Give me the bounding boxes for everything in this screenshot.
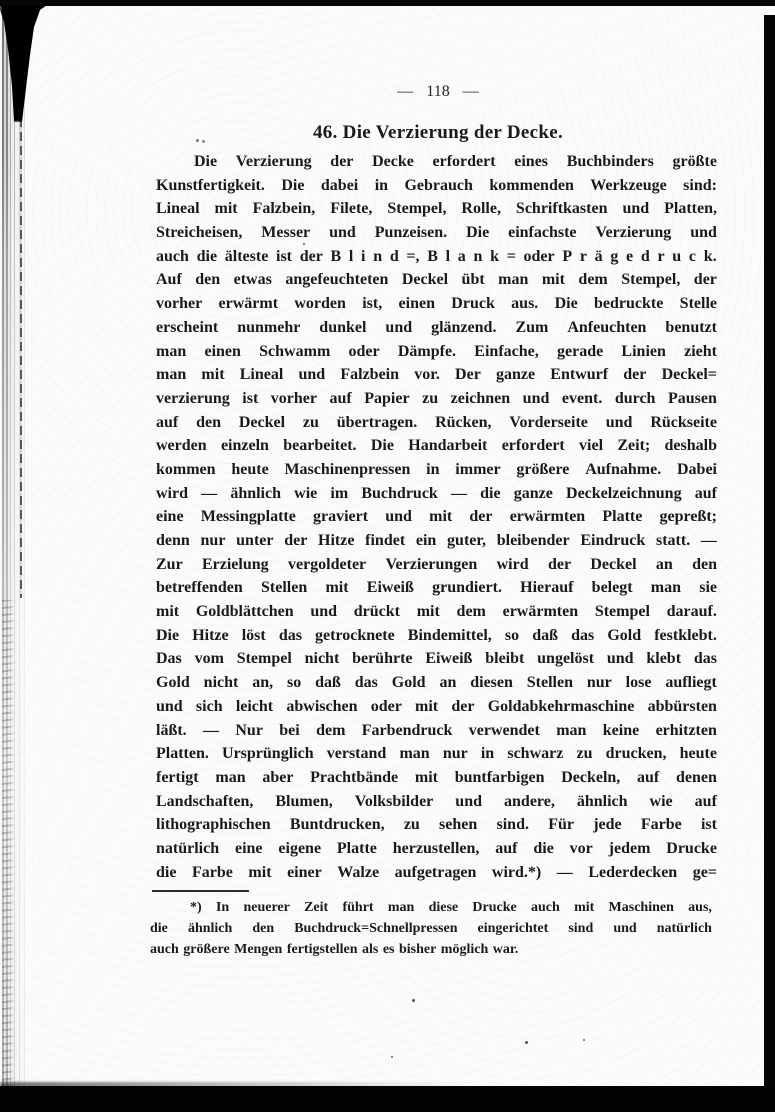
text-line: werdeneinzelnbearbeitet.DieHandarbeiterf… bbox=[156, 434, 717, 458]
scan-speck bbox=[525, 1041, 528, 1044]
text-line: Kunstfertigkeit.DiedabeiinGebrauchkommen… bbox=[156, 174, 717, 198]
text-line: auchdieältesteistderBlind=,Blank=oderPrä… bbox=[156, 245, 717, 269]
scan-edge-right bbox=[764, 15, 775, 1112]
text-line: DieHitzelöstdasgetrockneteBindemittel,so… bbox=[156, 624, 717, 648]
text-line: DasvomStempelnichtberührteEiweißbleibtun… bbox=[156, 647, 717, 671]
text-line: mitGoldblättchenunddrücktmitdemerwärmten… bbox=[156, 600, 717, 624]
scan-speck bbox=[391, 1056, 393, 1058]
text-line: vorhererwärmtwordenist,einenDruckaus.Die… bbox=[156, 292, 717, 316]
scan-speck bbox=[412, 999, 415, 1002]
footnote: *)InneuererZeitführtmandieseDruckeauchmi… bbox=[150, 897, 712, 960]
page-number: 118 bbox=[426, 83, 449, 101]
text-line: lithographischenBuntdrucken,zusehensind.… bbox=[156, 813, 717, 837]
binding-gutter-specks bbox=[2, 600, 15, 1086]
text-line: Platten.Ursprünglichverstandmannurinschw… bbox=[156, 742, 717, 766]
footnote-separator bbox=[152, 890, 249, 892]
text-line: DieVerzierungderDeckeerforderteinesBuchb… bbox=[156, 150, 717, 174]
scan-edge-top bbox=[0, 0, 775, 6]
text-line: AufdenetwasangefeuchtetenDeckelübtmanmit… bbox=[156, 268, 717, 292]
text-line: undsichleichtabwischenodermitderGoldabke… bbox=[156, 695, 717, 719]
text-line: fertigtmanaberPrachtbändemitbuntfarbigen… bbox=[156, 766, 717, 790]
text-line: *)InneuererZeitführtmandieseDruckeauchmi… bbox=[150, 897, 712, 918]
text-line: natürlicheineeigenePlatteherzustellen,au… bbox=[156, 837, 717, 861]
text-line: Landschaften,Blumen,Volksbilderundandere… bbox=[156, 790, 717, 814]
text-line: läßt.—NurbeidemFarbendruckverwendetmanke… bbox=[156, 719, 717, 743]
page-header: — 118 — bbox=[158, 83, 718, 101]
scan-edge-bottom bbox=[0, 1086, 775, 1112]
scanned-book-page: — 118 — 46. Die Verzierung der Decke. Di… bbox=[0, 0, 775, 1112]
text-line: betreffendenStellenmitEiweißgrundiert.Hi… bbox=[156, 576, 717, 600]
text-line: dieähnlichdenBuchdruck=Schnellpressenein… bbox=[150, 918, 712, 939]
scan-speck bbox=[303, 243, 305, 245]
ink-speck bbox=[196, 139, 199, 142]
scan-speck bbox=[583, 1039, 585, 1041]
text-line: Goldnichtan,sodaßdasGoldandiesenStellenn… bbox=[156, 671, 717, 695]
text-line: aufdenDeckelzuübertragen.Rücken,Vorderse… bbox=[156, 411, 717, 435]
text-line: manmitLinealundFalzbeinvor.DerganzeEntwu… bbox=[156, 363, 717, 387]
text-line: eineMessingplattegraviertundmitdererwärm… bbox=[156, 505, 717, 529]
text-line: dieFarbemiteinerWalzeaufgetragenwird.*)—… bbox=[156, 861, 717, 885]
section-heading: 46. Die Verzierung der Decke. bbox=[158, 122, 718, 144]
text-line: wird—ähnlichwieimBuchdruck—dieganzeDecke… bbox=[156, 482, 717, 506]
body-paragraph: DieVerzierungderDeckeerforderteinesBuchb… bbox=[156, 150, 717, 884]
text-line: LinealmitFalzbein,Filete,Stempel,Rolle,S… bbox=[156, 197, 717, 221]
text-line: kommenheuteMaschinenpresseninimmergrößer… bbox=[156, 458, 717, 482]
text-line: maneinenSchwammoderDämpfe.Einfache,gerad… bbox=[156, 340, 717, 364]
text-line: dennnurunterderHitzefindeteinguter,bleib… bbox=[156, 529, 717, 553]
text-line: ZurErzielungvergoldeterVerzierungenwirdd… bbox=[156, 553, 717, 577]
text-line: erscheintnunmehrdunkelundglänzend.ZumAnf… bbox=[156, 316, 717, 340]
text-line: auchgrößereMengenfertigstellenalsesbishe… bbox=[150, 939, 712, 960]
text-line: Streicheisen,MesserundPunzeisen.Dieeinfa… bbox=[156, 221, 717, 245]
text-line: verzierungistvorheraufPapierzuzeichnenun… bbox=[156, 387, 717, 411]
header-dash-left: — bbox=[397, 83, 413, 101]
header-dash-right: — bbox=[463, 83, 479, 101]
